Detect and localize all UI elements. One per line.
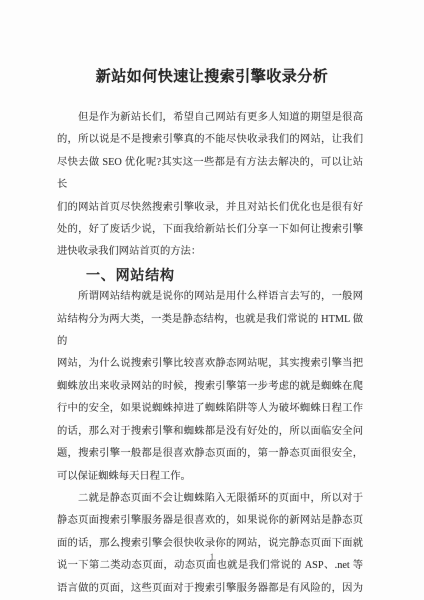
text-line: 蜘蛛放出来收录网站的时候，搜索引擎第一步考虑的就是蜘蛛在爬	[57, 376, 363, 398]
text-line: 的话，那么对于搜索引擎和蜘蛛都是没有好处的，所以面临安全问	[57, 421, 363, 443]
text-line: 题，搜索引擎一般都是很喜欢静态页面的，第一静态页面很安全，	[57, 443, 363, 465]
text-line: 的，所以说是不是搜索引擎真的不能尽快收录我们的网站，让我们	[57, 129, 363, 151]
text-line: 但是作为新站长们，希望自己网站有更多人知道的期望是很高	[57, 107, 363, 129]
document-body: 但是作为新站长们，希望自己网站有更多人知道的期望是很高 的，所以说是不是搜索引擎…	[57, 107, 363, 600]
text-line: 二就是静态页面不会让蜘蛛陷入无限循环的页面中，所以对于	[57, 488, 363, 510]
text-line: 语言做的页面，这些页面对于搜索引擎服务器都是有风险的，因为	[57, 578, 363, 600]
text-line: 可以保证蜘蛛每天日程工作。	[57, 466, 363, 488]
text-line: 进快收录我们网站首页的方法：	[57, 241, 363, 263]
document-title: 新站如何快速让搜索引擎收录分析	[0, 0, 424, 87]
text-line: 网站，为什么说搜索引擎比较喜欢静态网站呢，其实搜索引擎当把	[57, 353, 363, 375]
section-heading: 一、网站结构	[57, 264, 363, 286]
text-line: 站结构分为两大类，一类是静态结构，也就是我们常说的 HTML 做的	[57, 309, 363, 354]
text-line: 所谓网站结构就是说你的网站是用什么样语言去写的，一般网	[57, 286, 363, 308]
text-line: 尽快去做 SEO 优化呢?其实这一些都是有方法去解决的，可以让站长	[57, 152, 363, 197]
text-line: 们的网站首页尽快然搜索引擎收录，并且对站长们优化也是很有好	[57, 197, 363, 219]
page-number: 1	[0, 551, 424, 563]
text-line: 处的，好了废话少说，下面我给新站长们分享一下如何让搜索引擎	[57, 219, 363, 241]
document-page: 新站如何快速让搜索引擎收录分析 但是作为新站长们，希望自己网站有更多人知道的期望…	[0, 0, 424, 600]
text-line: 行中的安全，如果说蜘蛛掉进了蜘蛛陷阱等人为破坏蜘蛛日程工作	[57, 398, 363, 420]
text-line: 静态页面搜索引擎服务器是很喜欢的，如果说你的新网站是静态页	[57, 510, 363, 532]
